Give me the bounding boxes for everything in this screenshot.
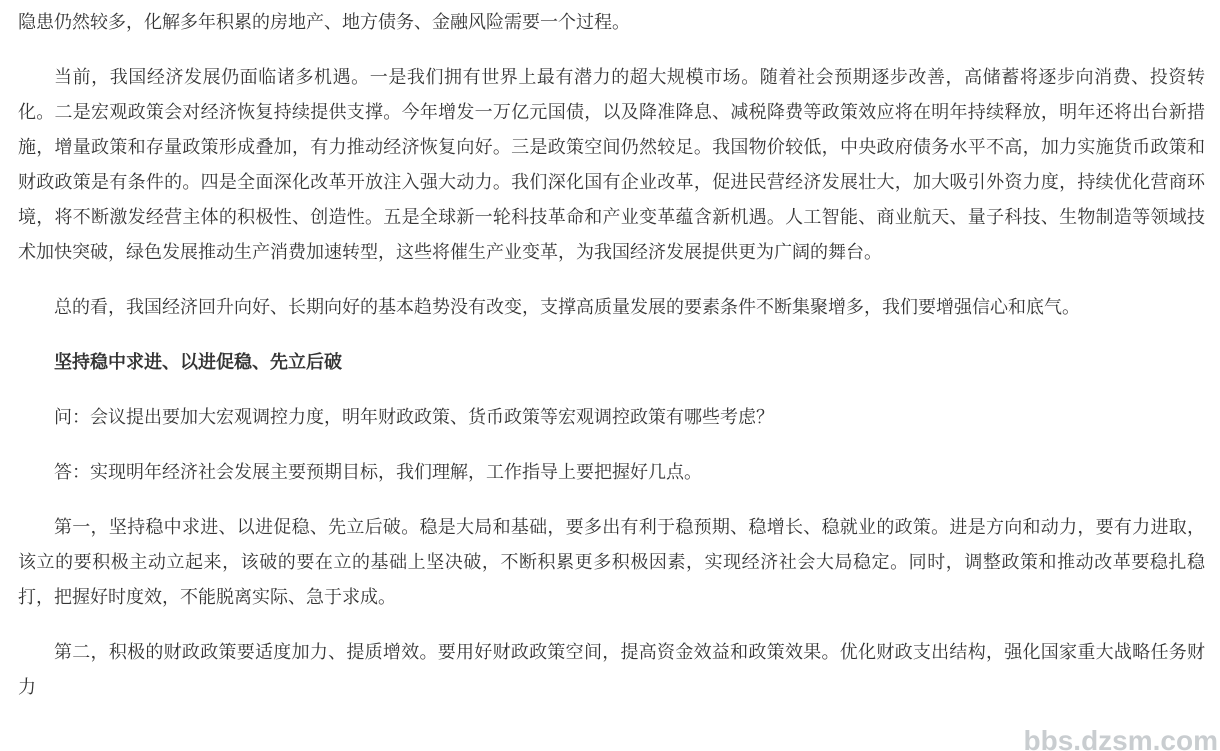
site-watermark: bbs.dzsm.com <box>1024 725 1218 751</box>
paragraph: 答：实现明年经济社会发展主要预期目标，我们理解，工作指导上要把握好几点。 <box>18 455 1205 490</box>
paragraph: 隐患仍然较多，化解多年积累的房地产、地方债务、金融风险需要一个过程。 <box>18 5 1205 40</box>
paragraph: 第一，坚持稳中求进、以进促稳、先立后破。稳是大局和基础，要多出有利于稳预期、稳增… <box>18 510 1205 615</box>
section-heading: 坚持稳中求进、以进促稳、先立后破 <box>18 345 1205 380</box>
paragraph: 总的看，我国经济回升向好、长期向好的基本趋势没有改变，支撑高质量发展的要素条件不… <box>18 290 1205 325</box>
paragraph: 第二，积极的财政政策要适度加力、提质增效。要用好财政政策空间，提高资金效益和政策… <box>18 635 1205 705</box>
paragraph: 问：会议提出要加大宏观调控力度，明年财政政策、货币政策等宏观调控政策有哪些考虑？ <box>18 400 1205 435</box>
paragraph: 当前，我国经济发展仍面临诸多机遇。一是我们拥有世界上最有潜力的超大规模市场。随着… <box>18 60 1205 270</box>
article-body: 隐患仍然较多，化解多年积累的房地产、地方债务、金融风险需要一个过程。当前，我国经… <box>0 0 1220 705</box>
